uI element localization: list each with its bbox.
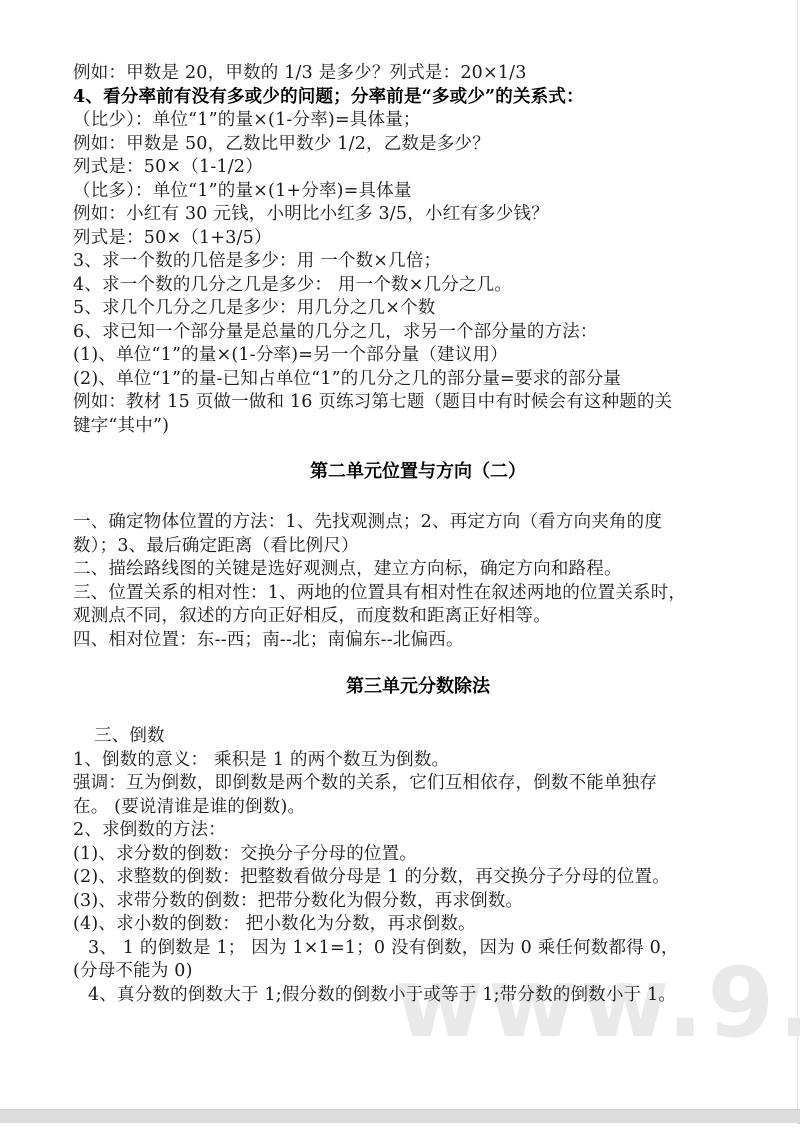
text-line: 强调：互为倒数，即倒数是两个数的关系，它们互相依存，倒数不能单独存	[73, 772, 763, 796]
text-line: 5、求几个几分之几是多少：用几分之几×个数	[73, 297, 763, 321]
text-line: 例如：小红有 30 元钱，小明比小红多 3/5，小红有多少钱？	[73, 203, 763, 227]
text-line: 1、倒数的意义： 乘积是 1 的两个数互为倒数。	[73, 749, 763, 773]
document-content: 例如：甲数是 20，甲数的 1/3 是多少？列式是：20×1/3 4、看分率前有…	[73, 62, 763, 1007]
text-line: 3、求一个数的几倍是多少：用 一个数×几倍；	[73, 250, 763, 274]
text-line: 例如：甲数是 50，乙数比甲数少 1/2，乙数是多少？	[73, 133, 763, 157]
text-line: 3、 1 的倒数是 1； 因为 1×1=1；0 没有倒数，因为 0 乘任何数都得…	[73, 937, 763, 961]
text-line: (分母不能为 0)	[73, 960, 763, 984]
text-line: (1)、单位“1”的量×(1-分率)=另一个部分量（建议用）	[73, 344, 763, 368]
text-line: 6、求已知一个部分量是总量的几分之几，求另一个部分量的方法：	[73, 321, 763, 345]
fractions-section: 例如：甲数是 20，甲数的 1/3 是多少？列式是：20×1/3 4、看分率前有…	[73, 62, 763, 438]
text-line: 例如：教材 15 页做一做和 16 页练习第七题（题目中有时候会有这种题的关	[73, 391, 763, 415]
text-line: 4、真分数的倒数大于 1;假分数的倒数小于或等于 1;带分数的倒数小于 1。	[73, 984, 763, 1008]
bold-rule-heading: 4、看分率前有没有多或少的问题；分率前是“多或少”的关系式：	[73, 86, 763, 110]
text-line: (2)、单位“1”的量-已知占单位“1”的几分之几的部分量=要求的部分量	[73, 368, 763, 392]
text-line: 在。 (要说清谁是谁的倒数)。	[73, 796, 763, 820]
text-line: 例如：甲数是 20，甲数的 1/3 是多少？列式是：20×1/3	[73, 62, 763, 86]
text-line: 四、相对位置：东--西；南--北；南偏东--北偏西。	[73, 629, 763, 653]
text-line: 2、求倒数的方法：	[73, 819, 763, 843]
text-line: （比多）：单位“1”的量×(1+分率)=具体量	[73, 180, 763, 204]
text-line: 列式是：50×（1+3/5）	[73, 227, 763, 251]
text-line: 三、位置关系的相对性：1、两地的位置具有相对性在叙述两地的位置关系时，	[73, 582, 763, 606]
page-gap-divider	[0, 1109, 800, 1124]
next-page-edge	[0, 1123, 797, 1133]
subheading: 三、倒数	[73, 725, 763, 749]
text-line: 数）；3、最后确定距离（看比例尺）	[73, 535, 763, 559]
unit2-title: 第二单元位置与方向（二）	[73, 460, 763, 484]
text-line: 列式是：50×（1-1/2）	[73, 156, 763, 180]
text-line: (2)、求整数的倒数：把整数看做分母是 1 的分数，再交换分子分母的位置。	[73, 866, 763, 890]
text-line: 一、确定物体位置的方法：1、先找观测点；2、再定方向（看方向夹角的度	[73, 511, 763, 535]
unit2-section: 一、确定物体位置的方法：1、先找观测点；2、再定方向（看方向夹角的度 数）；3、…	[73, 511, 763, 652]
text-line: 观测点不同，叙述的方向正好相反，而度数和距离正好相等。	[73, 605, 763, 629]
text-line: (4)、求小数的倒数： 把小数化为分数，再求倒数。	[73, 913, 763, 937]
text-line: 4、求一个数的几分之几是多少： 用一个数×几分之几。	[73, 274, 763, 298]
text-line: (1)、求分数的倒数：交换分子分母的位置。	[73, 843, 763, 867]
document-page: www.9.net 例如：甲数是 20，甲数的 1/3 是多少？列式是：20×1…	[0, 0, 798, 1110]
unit3-section: 三、倒数 1、倒数的意义： 乘积是 1 的两个数互为倒数。 强调：互为倒数，即倒…	[73, 725, 763, 1007]
text-line: 键字“其中”)	[73, 415, 763, 439]
unit3-title: 第三单元分数除法	[73, 675, 763, 699]
text-line: 二、描绘路线图的关键是选好观测点，建立方向标，确定方向和路程。	[73, 558, 763, 582]
text-line: （比少）：单位“1”的量×(1-分率)=具体量；	[73, 109, 763, 133]
text-line: (3)、求带分数的倒数：把带分数化为假分数，再求倒数。	[73, 890, 763, 914]
